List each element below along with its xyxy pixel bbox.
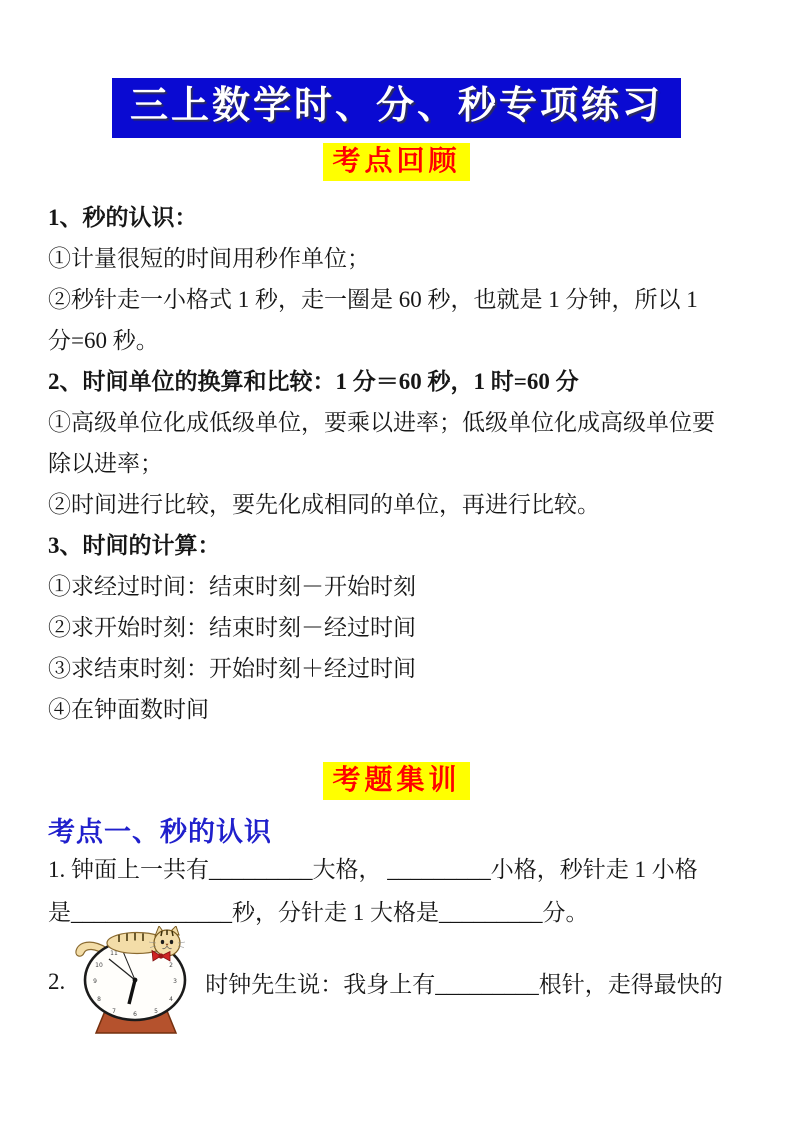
review-line: ③求结束时刻：开始时刻＋经过时间 [48,648,753,689]
question-2: 2. 12 1 2 3 4 5 6 7 8 9 10 11 [48,926,763,1038]
section-heading-training: 考题集训 [323,762,469,800]
review-line: ④在钟面数时间 [48,689,753,730]
review-line: ①高级单位化成低级单位，要乘以进率；低级单位化成高级单位要 [48,402,753,443]
review-line: 2、时间单位的换算和比较：1 分＝60 秒，1 时=60 分 [48,361,753,402]
review-line: ①求经过时间：结束时刻－开始时刻 [48,566,753,607]
clock-number: 8 [97,996,101,1003]
review-line: ②求开始时刻：结束时刻－经过时间 [48,607,753,648]
clock-number: 3 [173,978,177,985]
clock-number: 7 [112,1008,116,1015]
clock-number: 2 [169,962,173,969]
clock-number: 9 [93,978,97,985]
title-banner-row: 三上数学时、分、秒专项练习 [0,78,793,138]
training-heading-row: 考题集训 [0,762,793,800]
review-line: 除以进率； [48,443,753,484]
cat-on-clock-illustration: 12 1 2 3 4 5 6 7 8 9 10 11 [73,926,201,1038]
clock-number: 5 [154,1008,158,1015]
review-line: 1、秒的认识： [48,197,753,238]
question-2-number: 2. [48,969,65,995]
review-notes: 1、秒的认识： ①计量很短的时间用秒作单位； ②秒针走一小格式 1 秒，走一圈是… [48,197,753,730]
review-line: ②秒针走一小格式 1 秒，走一圈是 60 秒，也就是 1 分钟，所以 1 [48,279,753,320]
review-heading-row: 考点回顾 [0,143,793,181]
review-line: ①计量很短的时间用秒作单位； [48,238,753,279]
clock-number: 10 [95,962,103,969]
page-title: 三上数学时、分、秒专项练习 [112,78,681,138]
question-1-line-1: 1. 钟面上一共有_________大格， _________小格，秒针走 1 … [48,848,757,891]
question-1: 1. 钟面上一共有_________大格， _________小格，秒针走 1 … [48,848,757,934]
worksheet-page: 三上数学时、分、秒专项练习 考点回顾 1、秒的认识： ①计量很短的时间用秒作单位… [0,0,793,1122]
review-line: 分=60 秒。 [48,320,753,361]
review-line: 3、时间的计算： [48,525,753,566]
review-line: ②时间进行比较，要先化成相同的单位，再进行比较。 [48,484,753,525]
section-heading-review: 考点回顾 [323,143,469,181]
clock-number: 4 [169,996,173,1003]
clock-number: 6 [133,1011,137,1018]
question-2-text: 时钟先生说：我身上有_________根针，走得最快的 [205,966,723,999]
topic-1-heading: 考点一、秒的认识 [48,810,272,849]
